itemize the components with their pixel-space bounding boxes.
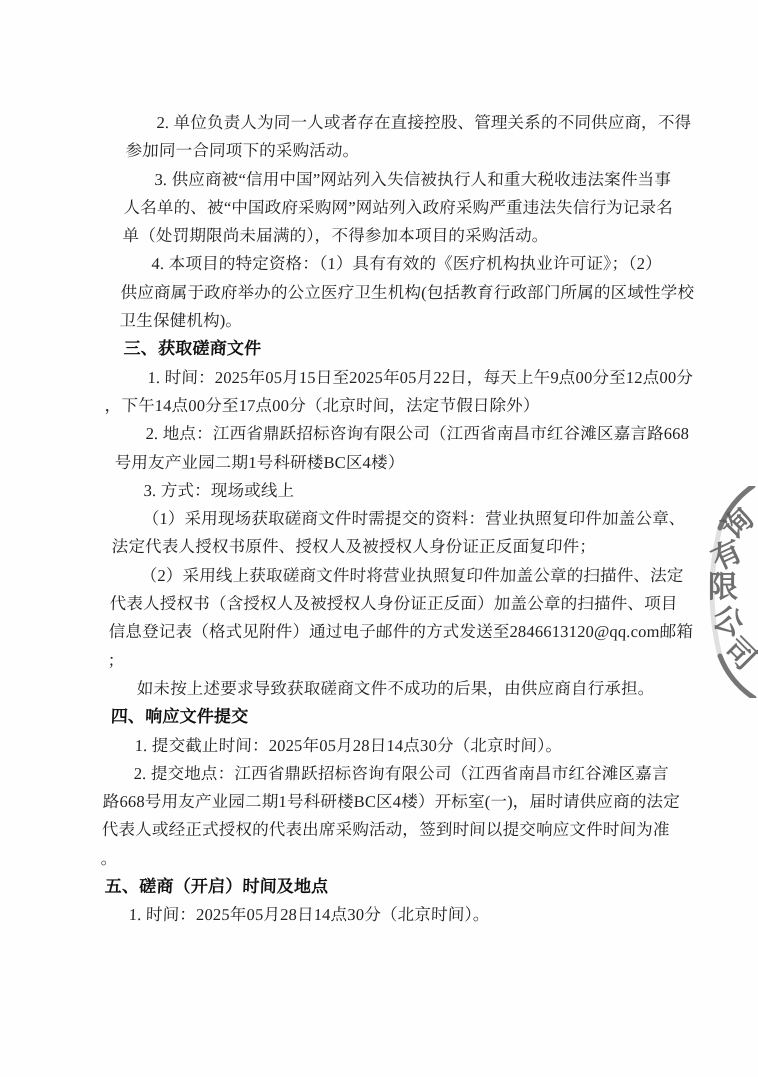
document-page: 2. 单位负责人为同一人或者存在直接控股、管理关系的不同供应商，不得参加同一合同… (0, 0, 758, 1077)
text-line: 。 (100, 845, 661, 873)
text-line: 1. 时间：2025年05月28日14点30分（北京时间）。 (98, 901, 659, 929)
text-line: ，下午14点00分至17点00分（北京时间，法定节假日除外） (104, 392, 677, 420)
company-seal-stamp: 询 有 限 公 司 (690, 486, 758, 698)
text-line: 3. 供应商被“信用中国”网站列入失信被执行人和重大税收违法案件当事 (124, 166, 685, 194)
text-line: 信息登记表（格式见附件）通过电子邮件的方式发送至2846613120@qq.co… (108, 618, 669, 646)
text-line: （1）采用现场获取磋商文件时需提交的资料：营业执照复印件加盖公章、 (112, 505, 673, 533)
text-line: 法定代表人授权书原件、授权人及被授权人身份证正反面复印件； (111, 533, 672, 561)
document-text: 2. 单位负责人为同一人或者存在直接控股、管理关系的不同供应商，不得参加同一合同… (98, 109, 687, 930)
text-line: 如未按上述要求导致获取磋商文件不成功的后果，由供应商自行承担。 (106, 675, 667, 703)
seal-char: 询 (716, 502, 758, 547)
seal-char: 有 (706, 534, 747, 577)
seal-char: 公 (708, 601, 748, 643)
text-line: 供应商属于政府举办的公立医疗卫生机构(包括教育行政部门所属的区域性学校 (120, 279, 681, 307)
text-line: 路668号用友产业园二期1号科研楼BC区4楼）开标室(一)，届时请供应商的法定 (102, 788, 663, 816)
seal-char: 限 (708, 571, 738, 604)
seal-arc-mid (712, 528, 720, 656)
text-line: 1. 提交截止时间：2025年05月28日14点30分（北京时间）。 (104, 732, 665, 760)
text-line: 1. 时间：2025年05月15日至2025年05月22日，每天上午9点00分至… (117, 364, 678, 392)
seal-char: 司 (718, 632, 758, 677)
section-heading: 五、磋商（开启）时间及地点 (99, 873, 660, 901)
seal-arc-bottom (720, 656, 754, 698)
text-line: 2. 提交地点：江西省鼎跃招标咨询有限公司（江西省南昌市红谷滩区嘉言 (103, 760, 664, 788)
text-line: 代表人授权书（含授权人及被授权人身份证正反面）加盖公章的扫描件、项目 (109, 590, 670, 618)
section-heading: 三、获取磋商文件 (118, 335, 679, 363)
text-line: 3. 方式：现场或线上 (113, 477, 674, 505)
text-line: 2. 地点：江西省鼎跃招标咨询有限公司（江西省南昌市红谷滩区嘉言路668 (115, 420, 676, 448)
text-line: 代表人或经正式授权的代表出席采购活动，签到时间以提交响应文件时间为准 (101, 816, 662, 844)
text-line: 人名单的、被“中国政府采购网”网站列入政府采购严重违法失信行为记录名 (123, 194, 684, 222)
text-line: 卫生保健机构)。 (119, 307, 680, 335)
seal-arc-top (720, 486, 753, 528)
text-line: 4. 本项目的特定资格：（1）具有有效的《医疗机构执业许可证》；（2） (121, 250, 682, 278)
text-line: 号用友产业园二期1号科研楼BC区4楼） (114, 449, 675, 477)
text-line: 2. 单位负责人为同一人或者存在直接控股、管理关系的不同供应商，不得 (126, 109, 687, 137)
text-line: 单（处罚期限尚未届满的），不得参加本项目的采购活动。 (122, 222, 683, 250)
text-line: ； (107, 647, 668, 675)
section-heading: 四、响应文件提交 (105, 703, 666, 731)
text-line: （2）采用线上获取磋商文件时将营业执照复印件加盖公章的扫描件、法定 (110, 562, 671, 590)
text-line: 参加同一合同项下的采购活动。 (125, 137, 686, 165)
